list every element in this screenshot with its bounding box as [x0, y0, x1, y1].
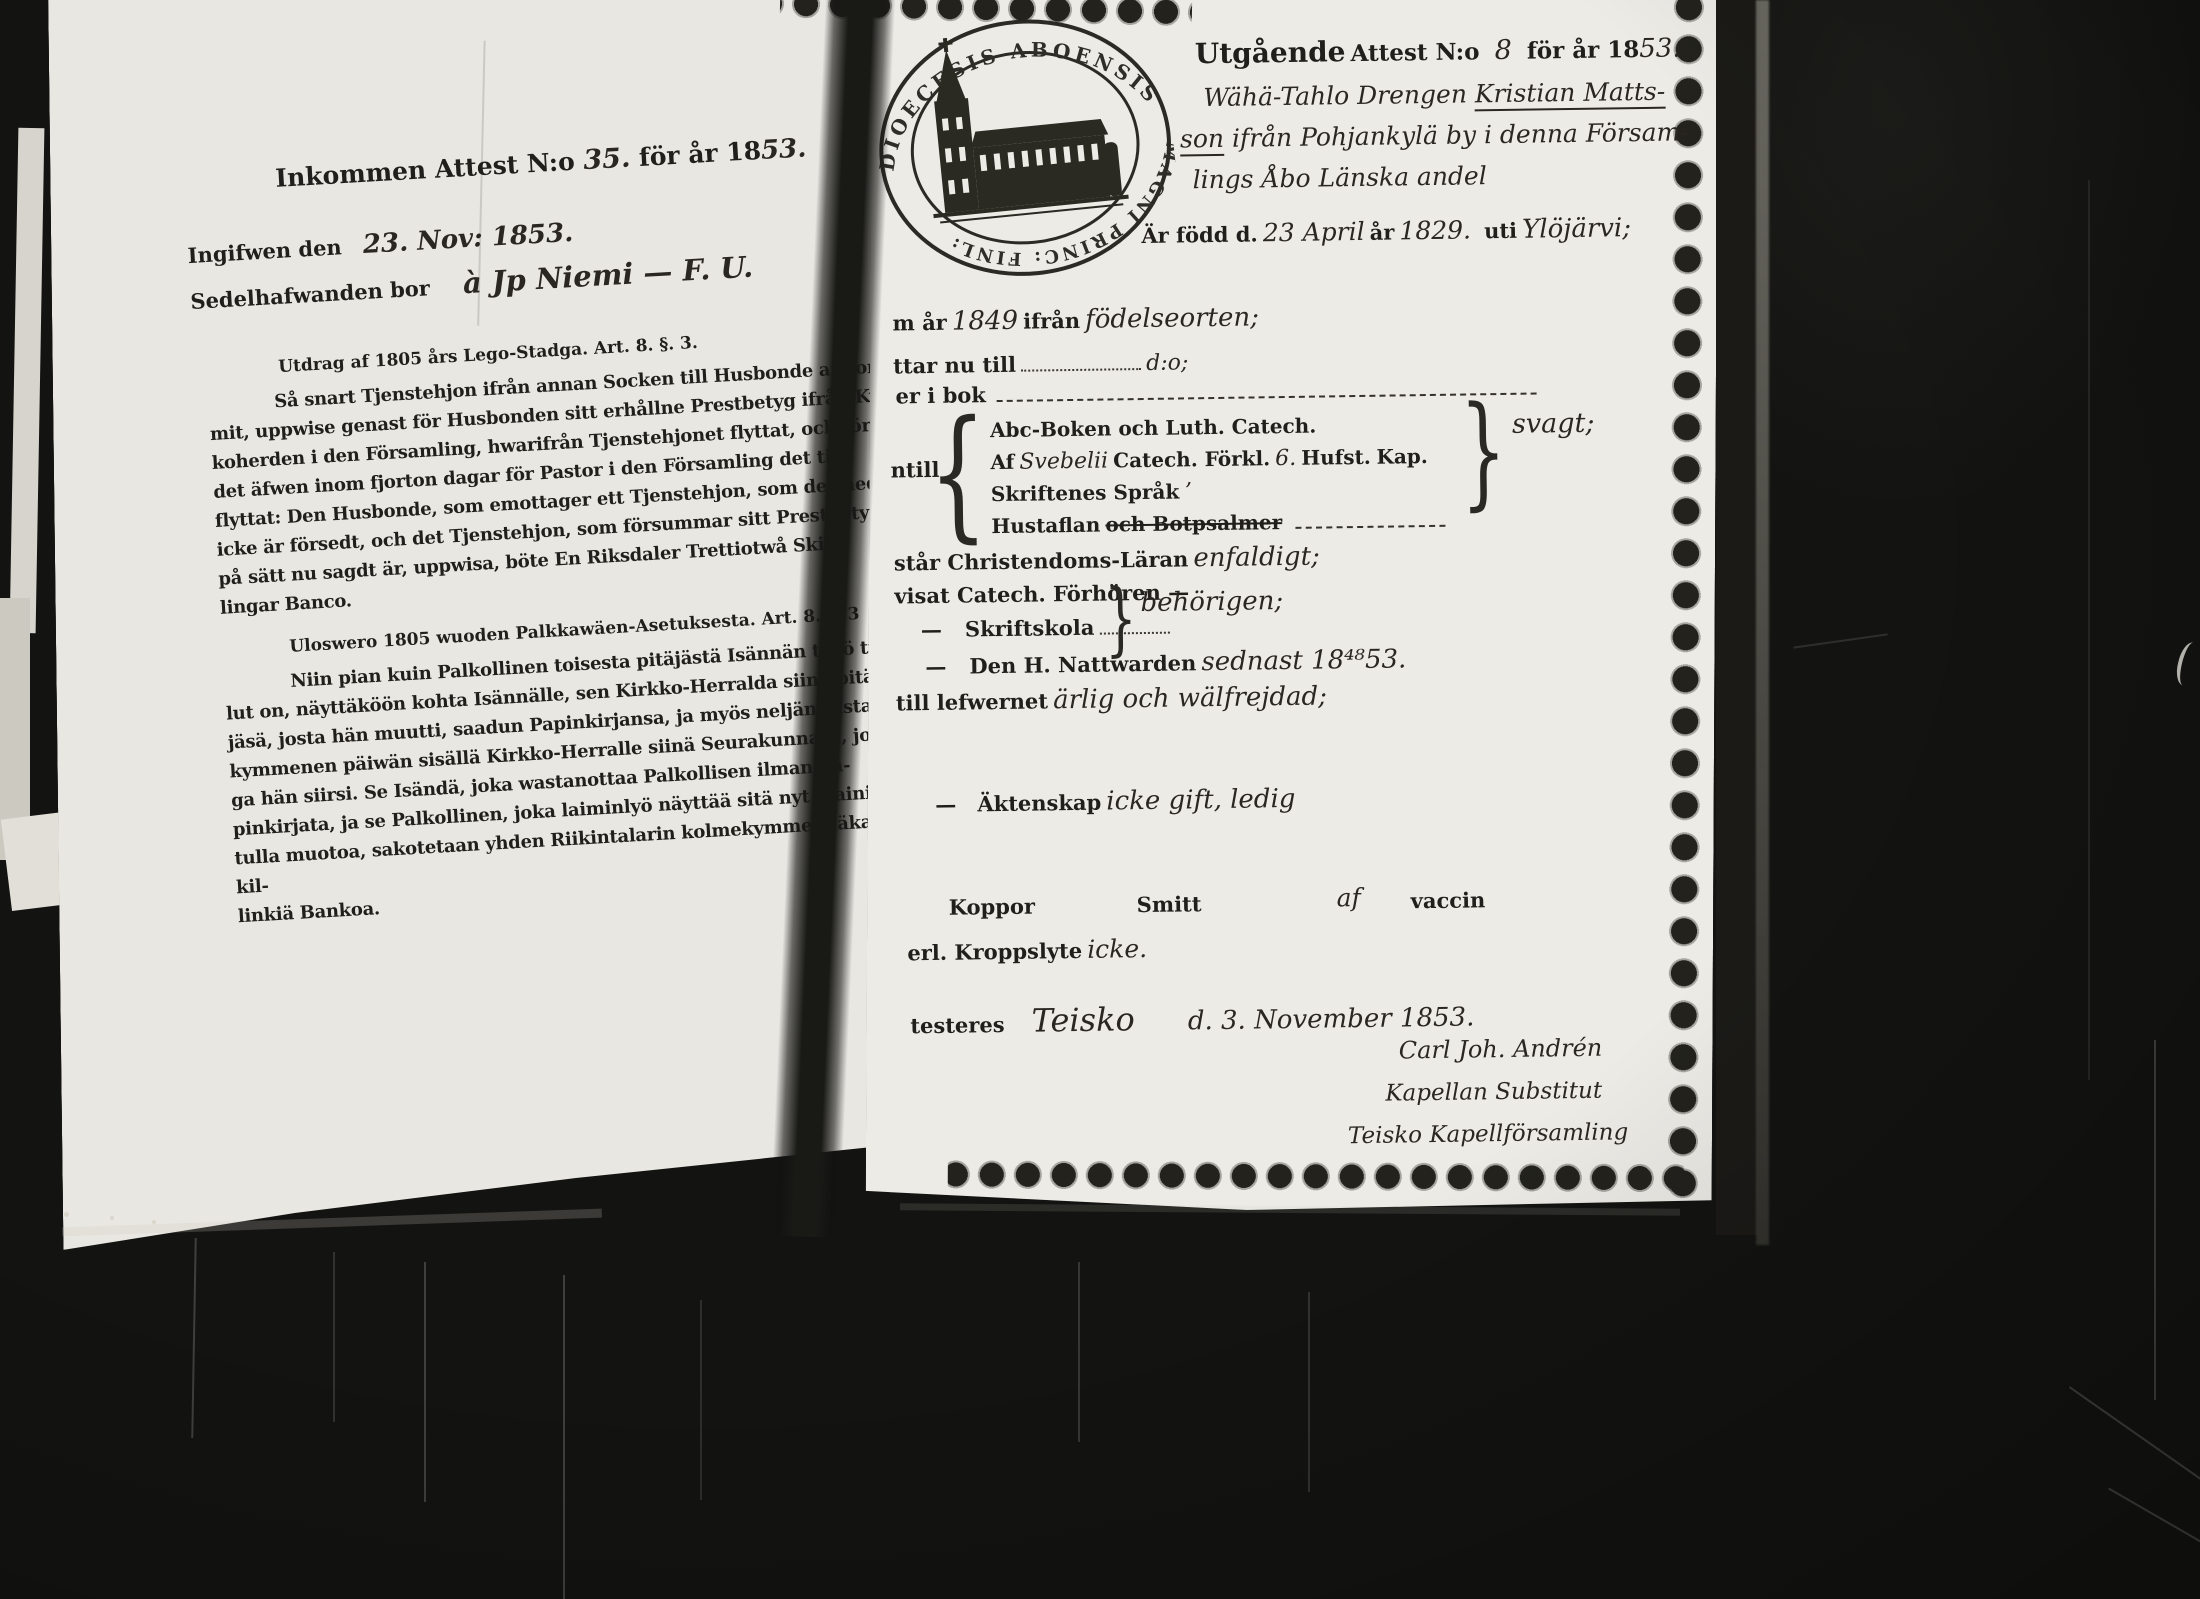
book-3-printed: Skriftenes Språk — [991, 480, 1180, 507]
scratch — [2088, 180, 2090, 1080]
vaccin-label: vaccin — [1411, 887, 1486, 913]
confirmation-label: Skriftskola — [965, 615, 1095, 642]
right-header-for-ar: för år 18 — [1527, 36, 1640, 65]
smitt-label: Smitt — [1137, 891, 1202, 917]
conduct-value: ärlig och wälfrejdad; — [1053, 681, 1327, 715]
book-2-hand: Svebelii — [1019, 448, 1108, 474]
background-glow — [1760, 0, 2200, 520]
subject-line-2: son ifrån Pohjankylä by i denna Försam- — [1180, 117, 1689, 153]
subject-line-3: lings Åbo Länska andel — [1192, 161, 1487, 194]
speck — [64, 1212, 69, 1217]
right-header: Utgående Attest N:o 8 för år 1853. — [1195, 30, 1681, 70]
attestation-place: Teisko — [1031, 1000, 1135, 1039]
subject-text: ifrån Pohjankylä by i denna Försam- — [1232, 117, 1689, 152]
book-2-printed: Hufst. — [1301, 445, 1371, 470]
right-header-attest: Attest N:o — [1350, 38, 1479, 67]
attestation-label: testeres — [910, 1012, 1005, 1038]
book-item-1: Abc-Boken och Luth. Catech. — [990, 414, 1316, 443]
right-header-utgaende: Utgående — [1195, 35, 1346, 70]
subject-line-1: Wähä-Tahlo Drengen Kristian Matts- — [1203, 77, 1665, 112]
scratch — [2154, 1040, 2156, 1400]
arrived-year: 1849 — [952, 306, 1019, 337]
arrived-place: födelseorten; — [1085, 302, 1259, 334]
received-date: 23. Nov: 1853. — [362, 218, 574, 260]
holder-value: à Jp Niemi — F. U. — [462, 250, 754, 301]
dash: — — [935, 792, 956, 817]
book-edge-shadow — [1716, 0, 1758, 1235]
scratch — [191, 1238, 196, 1438]
right-header-year: 53. — [1639, 33, 1681, 64]
books-brace-open: { — [928, 390, 989, 557]
doctrine-label: står Christendoms-Läran — [894, 546, 1189, 575]
book-4-struck: och Botpsalmer — [1105, 510, 1282, 536]
subject-name-underlined: Kristian Matts- — [1475, 77, 1666, 112]
attestation-row: testeres Teisko d. 3. November 1853. — [910, 995, 1475, 1041]
scratch — [1308, 1292, 1310, 1492]
arrived-ifran: ifrån — [1023, 308, 1080, 334]
exams-grade: behörigen; — [1140, 586, 1283, 618]
left-header: Inkommen Attest N:o 35. för år 1853. — [275, 132, 807, 194]
smallpox-value: af — [1336, 883, 1361, 912]
book-3-mark: ʼ — [1184, 479, 1191, 504]
moving-to-row: ttar nu till d:o; — [893, 349, 1189, 379]
speck — [110, 1216, 114, 1220]
book-item-2: Af Svebelii Catech. Förkl. 6. Hufst. — [990, 445, 1371, 475]
holder-label: Sedelhafwanden bor — [190, 275, 431, 314]
page-edge-highlight — [1756, 0, 1769, 1245]
dashed-rule — [1295, 511, 1445, 529]
smallpox-row: Koppor Smitt af vaccin — [949, 894, 1036, 920]
reads-row: er i bok — [895, 375, 1537, 409]
scratch — [700, 1300, 702, 1500]
communion-value: sednast 18⁴⁸53. — [1201, 644, 1406, 677]
attestation-date: d. 3. November 1853. — [1188, 1002, 1475, 1036]
arrived-row: m år 1849 ifrån födelseorten; — [892, 302, 1259, 337]
born-label: Är född d. — [1141, 221, 1258, 248]
right-attest-number: 8 — [1494, 35, 1512, 66]
born-year: 1829. — [1399, 215, 1471, 245]
scratch — [1793, 633, 1887, 648]
signature-title: Kapellan Substitut — [1385, 1078, 1602, 1107]
marriage-row: — Äktenskap icke gift, ledig — [935, 784, 1296, 819]
left-page: Inkommen Attest N:o 35. för år 1853. Ing… — [48, 0, 891, 1250]
right-page: DIOECESIS ABOENSIS MAGNI PRINC: FINL: — [866, 0, 1718, 1212]
dotted-rule — [1021, 354, 1141, 372]
left-header-year: 53. — [760, 133, 807, 166]
left-attest-number: 35. — [582, 142, 631, 176]
born-ar: år — [1370, 219, 1395, 244]
page-edge-remnant — [900, 1203, 1680, 1215]
born-day: 23 April — [1263, 217, 1365, 247]
book-kap: Kap. — [1376, 444, 1428, 469]
book-2-hand: 6. — [1275, 446, 1296, 471]
scratch — [1078, 1262, 1080, 1442]
moving-to-value: d:o; — [1146, 350, 1189, 376]
marriage-value: icke gift, ledig — [1106, 784, 1296, 817]
scratch — [333, 1252, 335, 1422]
born-place: Ylöjärvi; — [1522, 213, 1631, 245]
left-page-text: Inkommen Attest N:o 35. för år 1853. Ing… — [135, 94, 874, 137]
scratch — [2069, 1386, 2200, 1479]
scratch — [424, 1262, 426, 1502]
signature-name: Carl Joh. Andrén — [1399, 1034, 1603, 1065]
received-label: Ingifwen den — [187, 234, 342, 268]
scratch — [563, 1275, 565, 1599]
book-4-printed: Hustaflan — [991, 513, 1100, 539]
book-2-printed: Af — [990, 450, 1014, 474]
moving-to-label: ttar nu till — [893, 352, 1016, 379]
archival-photograph: { "colors": { "background": "#131311", "… — [0, 0, 2200, 1599]
book-item-4: Hustaflan och Botpsalmer — [991, 508, 1445, 538]
bodily-defect-value: icke. — [1087, 934, 1147, 964]
conduct-label: till lefwernet — [896, 688, 1048, 715]
koppor-label: Koppor — [949, 894, 1036, 920]
film-curl-mark — [2173, 640, 2200, 688]
arrived-fragment: m år — [892, 310, 947, 336]
subject-name-underlined: son — [1180, 124, 1224, 157]
born-row: Är född d. 23 April år 1829. uti Ylöjärv… — [1141, 213, 1631, 250]
marriage-label: Äktenskap — [977, 790, 1101, 817]
born-uti: uti — [1484, 218, 1517, 243]
dash: — — [925, 654, 946, 679]
left-header-printed-2: för år 18 — [638, 136, 762, 172]
communion-label: Den H. Nattwarden — [969, 650, 1196, 678]
book-item-3: Skriftenes Språk ʼ — [991, 479, 1192, 507]
scratch — [2108, 1488, 2200, 1555]
book-2-printed: Catech. Förkl. — [1113, 446, 1270, 472]
signature-parish: Teisko Kapellförsamling — [1348, 1119, 1629, 1149]
left-header-printed: Inkommen Attest N:o — [275, 147, 576, 193]
books-grade: svagt; — [1512, 408, 1595, 440]
doctrine-value: enfaldigt; — [1193, 542, 1320, 574]
bodily-defect-row: erl. Kroppslyte icke. — [907, 934, 1147, 966]
right-page-text: Utgående Attest N:o 8 för år 1853. Wähä-… — [872, 0, 1735, 1218]
stacked-sheet-edge — [10, 128, 45, 633]
grade-brace: } — [1459, 379, 1507, 522]
dash: — — [921, 617, 942, 642]
dashed-rule — [997, 379, 1537, 403]
bodily-defect-label: erl. Kroppslyte — [907, 938, 1082, 965]
subject-text: Wähä-Tahlo Drengen — [1203, 79, 1467, 112]
communion-row: — Den H. Nattwarden sednast 18⁴⁸53. — [925, 644, 1406, 681]
conduct-row: till lefwernet ärlig och wälfrejdad; — [896, 681, 1327, 717]
speck — [152, 1220, 156, 1224]
